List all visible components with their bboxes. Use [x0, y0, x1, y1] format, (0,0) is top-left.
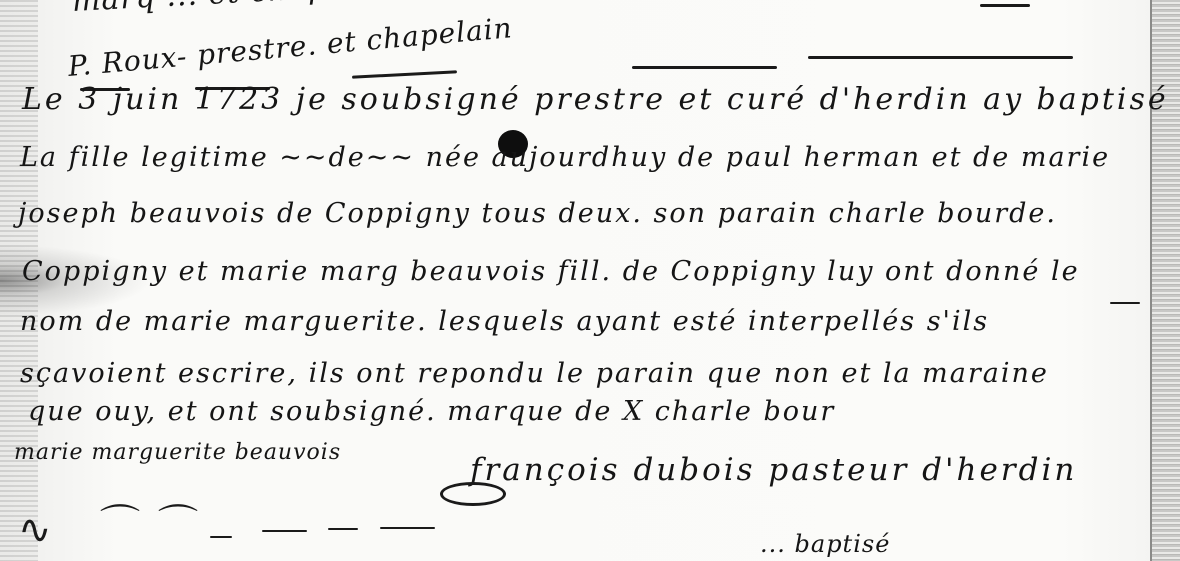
text-line-signed: que ouy, et ont soubsigné. marque de X c… [28, 396, 835, 427]
separator-rule [328, 528, 358, 530]
separator-rule [352, 70, 457, 78]
closing-flourish: ⌒ [100, 505, 140, 545]
separator-rule [262, 530, 307, 532]
closing-flourish: ∿ [18, 510, 52, 550]
separator-rule [210, 536, 232, 538]
text-line-previous-entry: marq ... et chapelain ... [71, 0, 450, 19]
signature-godmother: marie marguerite beauvois [14, 440, 341, 465]
separator-rule [808, 56, 1073, 59]
text-line-next-entry: ... baptisé [760, 530, 890, 558]
text-line-date: Le 3 juin 1723 je soubsigné prestre et c… [22, 82, 1169, 117]
register-page: marq ... et chapelain ... P. Roux- prest… [0, 0, 1180, 561]
separator-rule [632, 66, 777, 69]
separator-rule [380, 527, 435, 529]
text-line-legitimate-daughter: La fille legitime ~~de~~ née aujourdhuy … [20, 142, 1110, 173]
text-line-mother-godfather: joseph beauvois de Coppigny tous deux. s… [18, 198, 1057, 229]
closing-flourish: ⌒ [158, 505, 198, 545]
text-line-child-name: nom de marie marguerite. lesquels ayant … [20, 306, 989, 337]
separator-rule [980, 4, 1030, 7]
signature-flourish [440, 482, 506, 506]
line-filler-dash [1110, 302, 1140, 304]
text-line-can-write: sçavoient escrire, ils ont repondu le pa… [20, 358, 1049, 389]
signature-pastor: françois dubois pasteur d'herdin [470, 452, 1077, 488]
text-line-godmother: Coppigny et marie marg beauvois fill. de… [22, 256, 1080, 287]
